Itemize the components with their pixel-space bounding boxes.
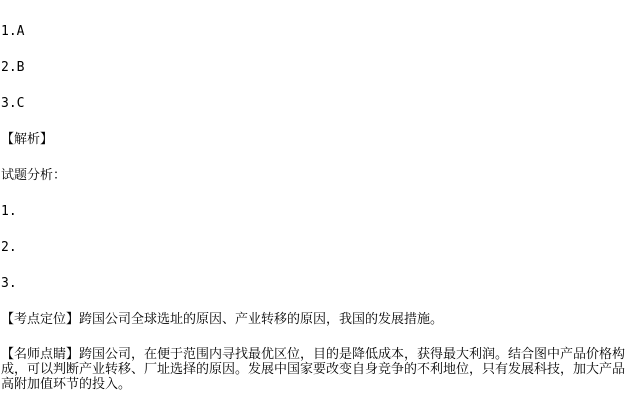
- analysis-subheader: 试题分析：: [1, 168, 630, 183]
- teacher-tip-paragraph: 【名师点睛】跨国公司，在便于范围内寻找最优区位，目的是降低成本，获得最大利润。结…: [1, 348, 630, 392]
- analysis-item-3: 3.: [1, 276, 630, 291]
- answer-line-2: 2.B: [1, 60, 630, 75]
- answer-line-3: 3.C: [1, 96, 630, 111]
- answer-line-1: 1.A: [1, 24, 630, 39]
- analysis-header: 【解析】: [1, 132, 630, 147]
- exam-point-line: 【考点定位】跨国公司全球选址的原因、产业转移的原因，我国的发展措施。: [1, 312, 630, 327]
- answer-document: 1.A 2.B 3.C 【解析】 试题分析： 1. 2. 3. 【考点定位】跨国…: [0, 0, 630, 414]
- analysis-item-1: 1.: [1, 204, 630, 219]
- analysis-item-2: 2.: [1, 240, 630, 255]
